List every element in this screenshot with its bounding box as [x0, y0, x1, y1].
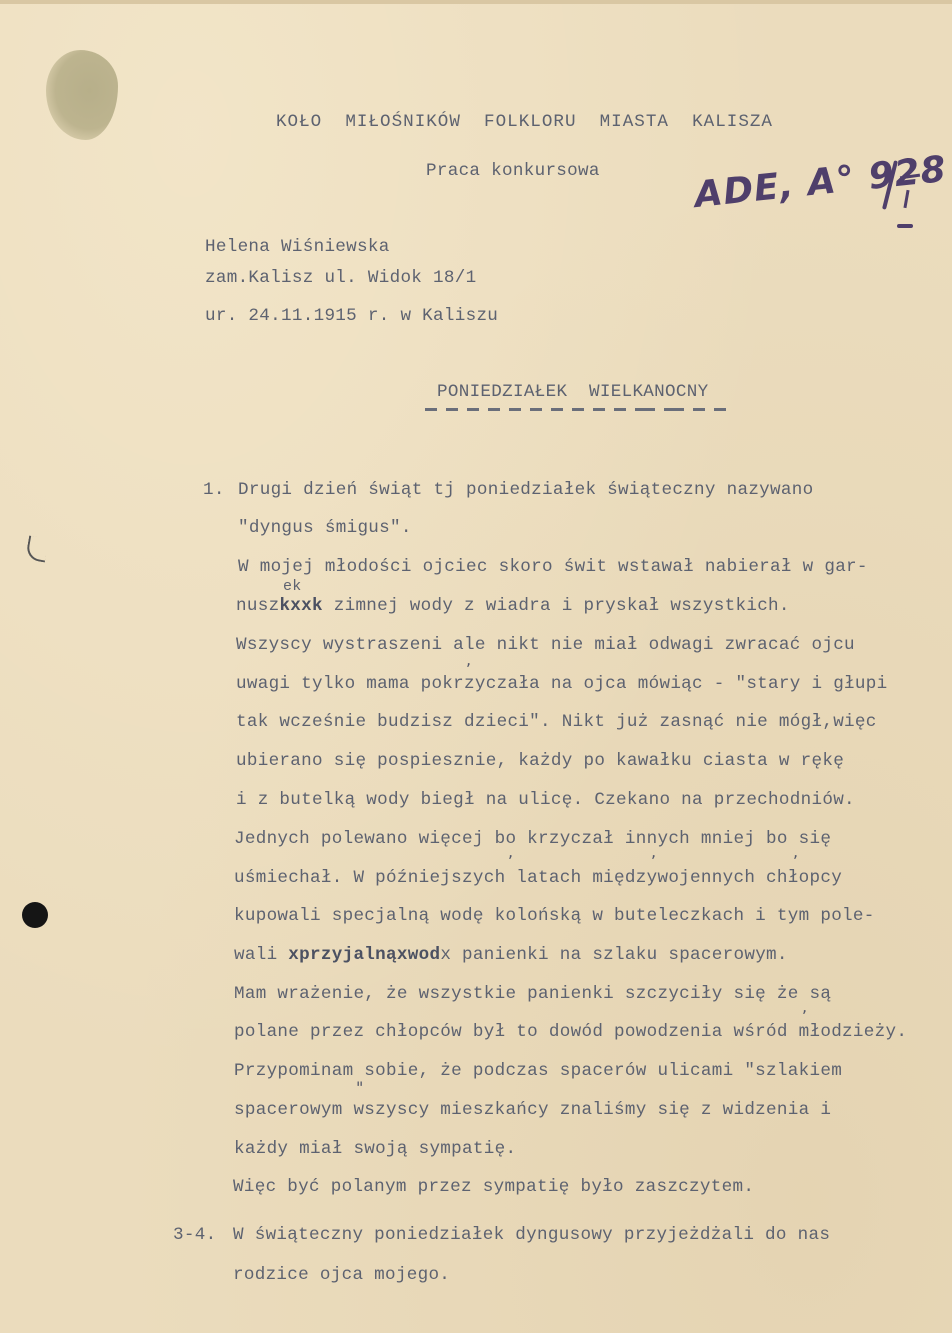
text-line: każdy miał swoją sympatię. — [234, 1139, 516, 1159]
text-line: W mojej młodości ojciec skoro świt wstaw… — [238, 557, 868, 577]
text-line: Drugi dzień świąt tj poniedziałek świąte… — [238, 480, 813, 500]
struck-text: kxxk — [279, 596, 322, 616]
margin-pencil-mark — [25, 535, 49, 562]
handwritten-comma: , — [651, 842, 656, 861]
title-underline — [425, 408, 726, 411]
paper-stain — [46, 50, 118, 140]
handwritten-comma: , — [466, 650, 471, 669]
text-line: tak wcześnie budzisz dzieci". Nikt już z… — [236, 712, 877, 732]
text-line: polane przez chłopców był to dowód powod… — [234, 1022, 907, 1042]
text-line: uśmiechał. W późniejszych latach międzyw… — [234, 868, 842, 888]
text-line: Jednych polewano więcej bo krzyczał inny… — [234, 829, 831, 849]
text-line: W świąteczny poniedziałek dyngusowy przy… — [233, 1225, 830, 1245]
paragraph-number-3-4: 3-4. — [173, 1225, 216, 1245]
document-title: PONIEDZIAŁEK WIELKANOCNY — [437, 382, 708, 402]
archive-mark-underline — [897, 224, 913, 228]
text-line: Więc być polanym przez sympatię było zas… — [233, 1177, 754, 1197]
author-name: Helena Wiśniewska — [205, 237, 390, 257]
handwritten-comma: , — [802, 997, 807, 1016]
text-line: nuszkxxk zimnej wody z wiadra i pryskał … — [236, 596, 790, 616]
text-line: spacerowym wszyscy mieszkańcy znaliśmy s… — [234, 1100, 831, 1120]
handwritten-comma: , — [793, 842, 798, 861]
paragraph-number-1: 1. — [203, 480, 225, 500]
text-line: Mam wrażenie, że wszystkie panienki szcz… — [234, 984, 831, 1004]
text-line: Wszyscy wystraszeni ale nikt nie miał od… — [236, 635, 855, 655]
archive-mark: ADE, A° 928 — [693, 149, 949, 216]
handwritten-quote: " — [356, 1078, 363, 1097]
text-line: "dyngus śmigus". — [238, 518, 412, 538]
handwritten-comma: , — [508, 842, 513, 861]
text-line: kupowali specjalną wodę kolońską w butel… — [234, 906, 875, 926]
paper-top-edge — [0, 0, 952, 4]
author-birth: ur. 24.11.1915 r. w Kaliszu — [205, 306, 498, 326]
text-line: uwagi tylko mama pokrzyczała na ojca mów… — [236, 674, 887, 694]
author-address: zam.Kalisz ul. Widok 18/1 — [205, 268, 476, 288]
punch-hole — [22, 902, 48, 928]
organization-header: KOŁO MIŁOŚNIKÓW FOLKLORU MIASTA KALISZA — [276, 112, 773, 132]
text-line: i z butelką wody biegł na ulicę. Czekano… — [236, 790, 855, 810]
struck-text: xprzyjalnąxwod — [288, 945, 440, 965]
insertion-above: ek — [283, 577, 302, 597]
text-line: Przypominam sobie, że podczas spacerów u… — [234, 1061, 842, 1081]
subtitle: Praca konkursowa — [426, 161, 600, 181]
text-line: ubierano się pospiesznie, każdy po kawał… — [236, 751, 844, 771]
text-line: wali xprzyjalnąxwodx panienki na szlaku … — [234, 945, 788, 965]
text-line: rodzice ojca mojego. — [233, 1265, 450, 1285]
